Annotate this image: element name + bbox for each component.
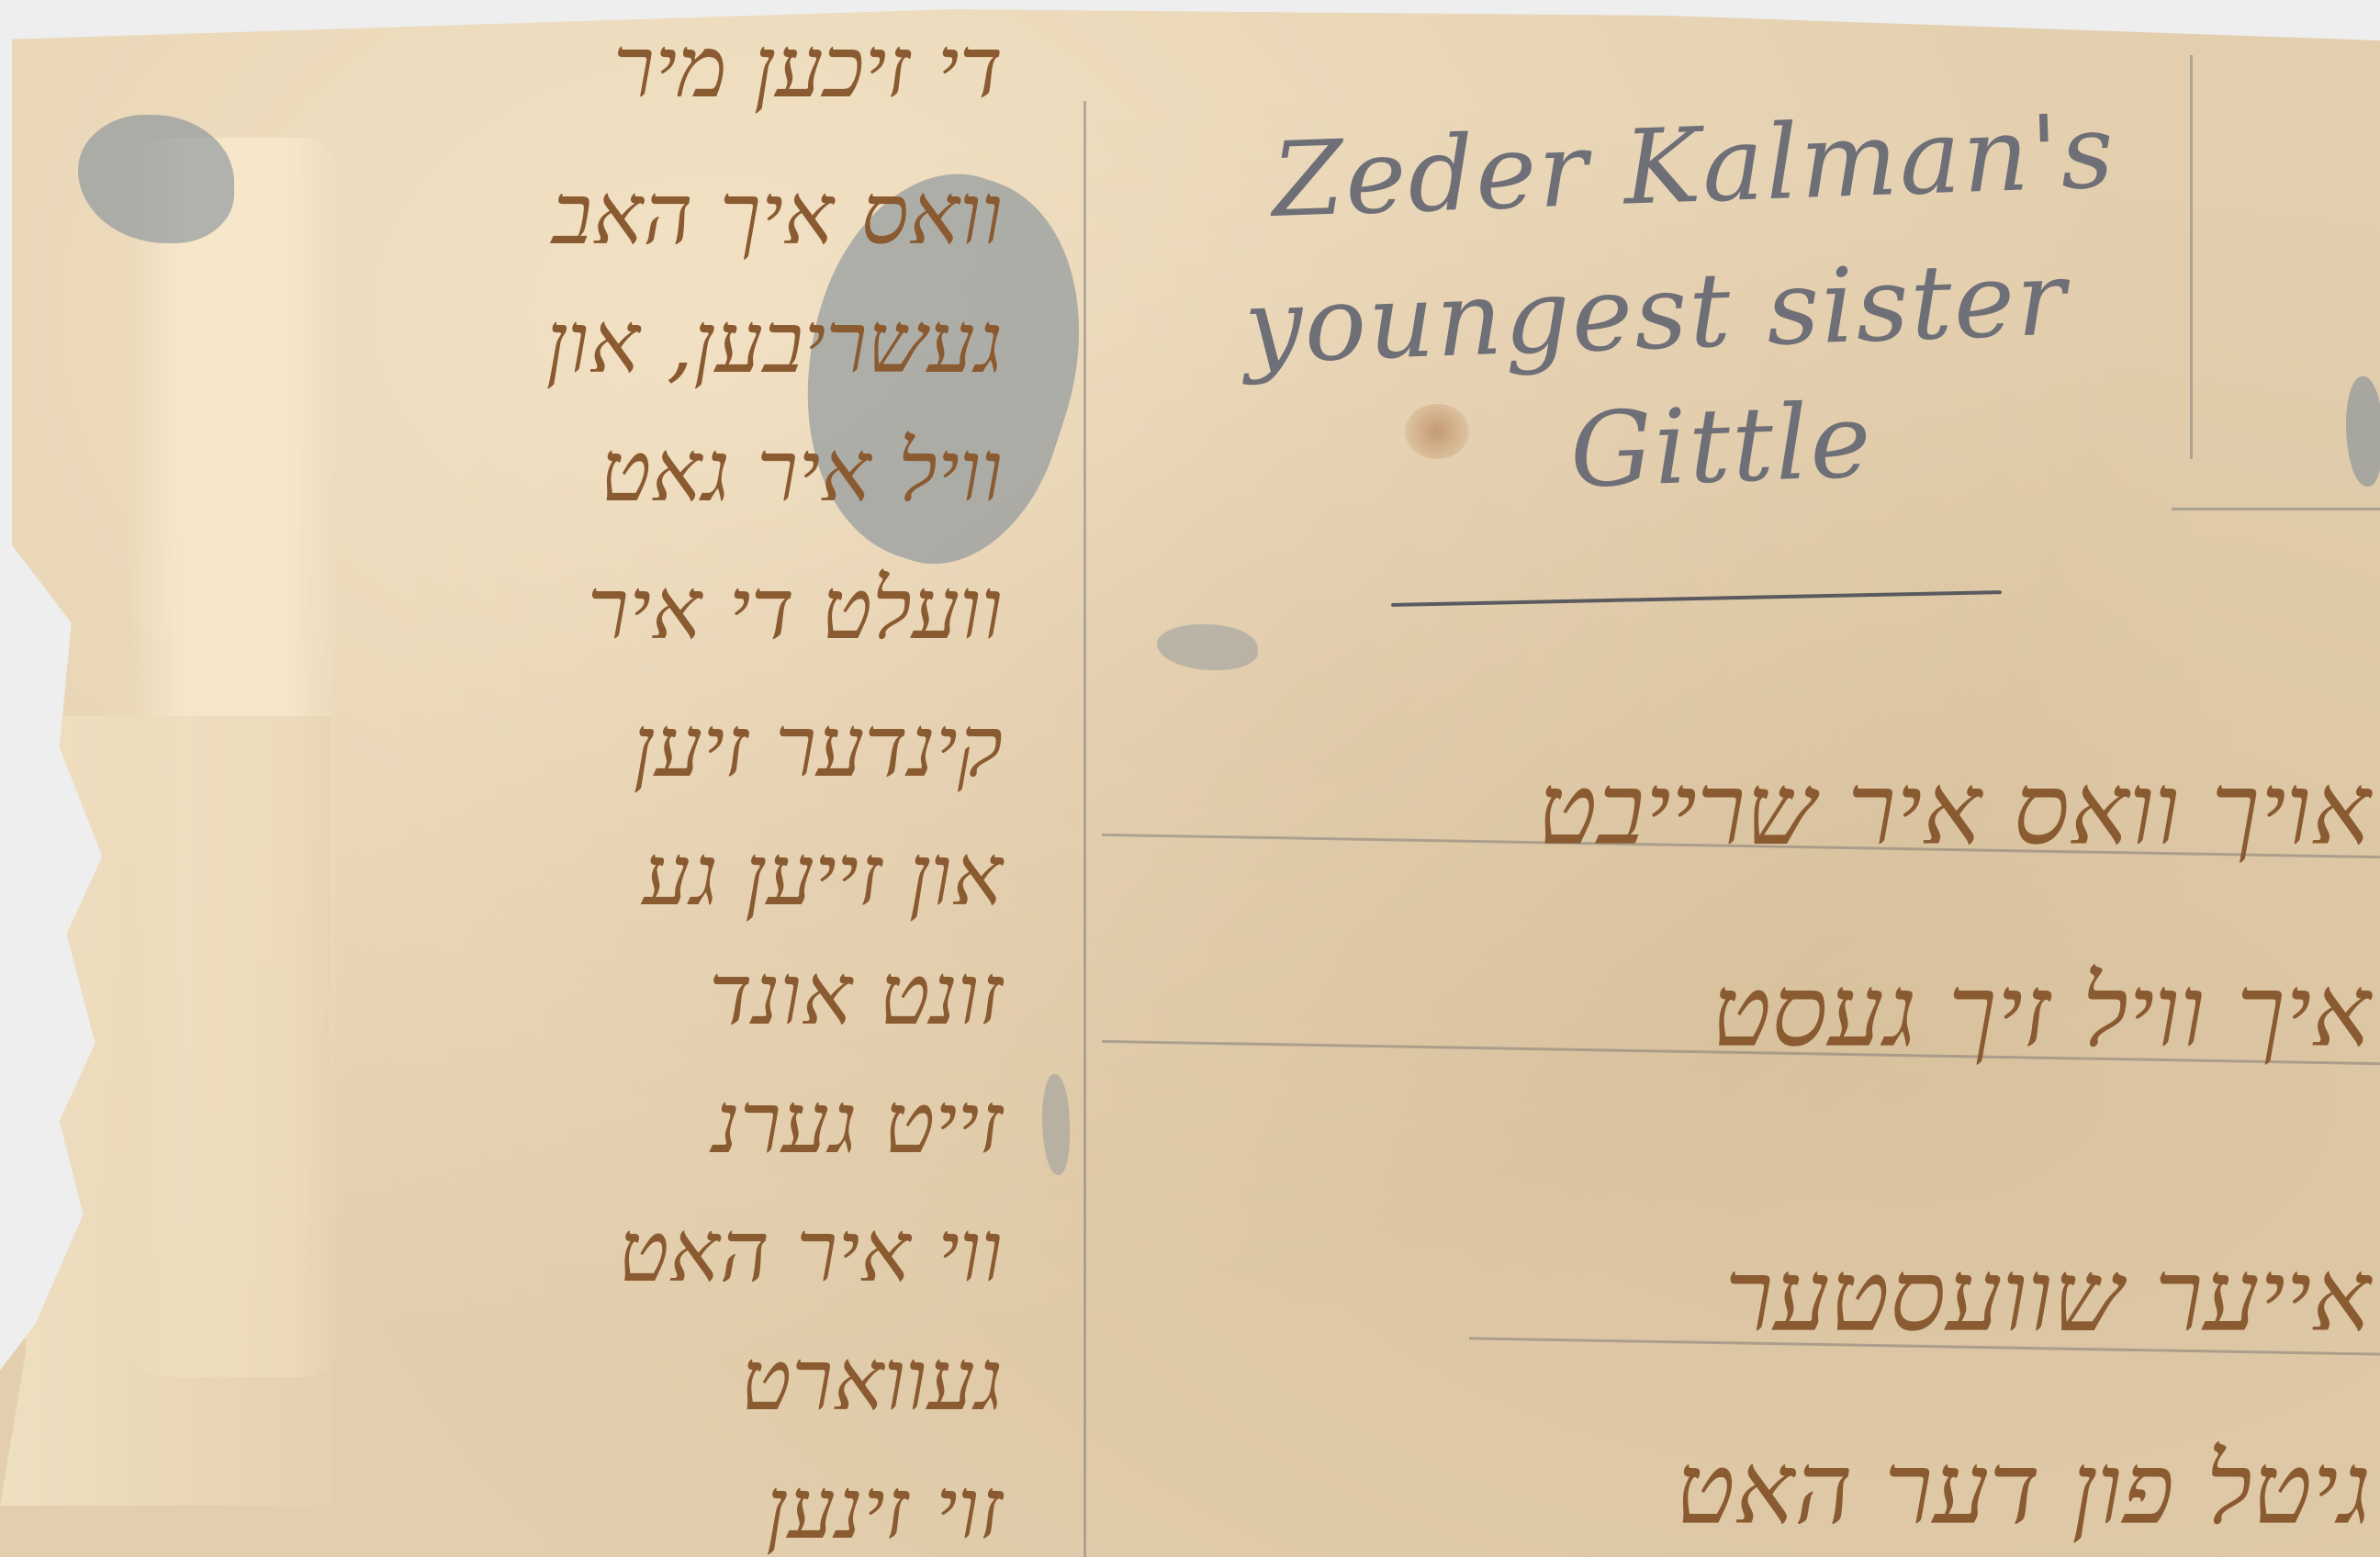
pencil-underline <box>1391 590 2002 607</box>
left-line-2: וואס איך האב <box>552 165 1003 263</box>
ink-blot-right-edge <box>2346 376 2380 487</box>
pencil-annotation-line-1: Zeder Kalman's <box>1270 100 2116 232</box>
left-line-8: זונט אונד <box>709 946 1003 1044</box>
left-line-12: זוי זינען <box>766 1460 1003 1557</box>
left-line-11: געווארט <box>741 1331 1003 1429</box>
right-line-2: איך וויל זיך געסט <box>1712 955 2371 1070</box>
ink-blot-small <box>1157 624 1258 670</box>
left-line-3: געשריבען, און <box>546 294 1003 392</box>
stamp-box-bottom <box>2172 508 2380 510</box>
ink-blot-top-left <box>78 115 234 243</box>
rust-spot <box>1405 404 1469 459</box>
pencil-annotation-line-2: youngest sister <box>1242 247 2069 378</box>
left-line-4: וויל איר גאט <box>601 422 1003 521</box>
left-line-10: ווי איר האט <box>618 1203 1003 1301</box>
pencil-annotation-line-3: Gittle <box>1568 389 1874 502</box>
left-line-7: און זייען גע <box>642 826 1003 924</box>
left-line-6: קינדער זיען <box>633 698 1003 796</box>
postcard: Zeder Kalman's youngest sister Gittle די… <box>0 0 2380 1557</box>
right-line-3: אייער שוועסטער <box>1724 1239 2371 1355</box>
left-line-5: וועלט די איר <box>588 560 1003 658</box>
ink-blot-divider <box>1042 1074 1070 1175</box>
right-line-4: גיטל פון דער האט <box>1675 1432 2371 1548</box>
divider-line <box>1083 101 1086 1557</box>
torn-edge <box>0 716 331 1506</box>
stamp-box-line <box>2190 55 2193 459</box>
left-line-1: די זיכען מיר <box>613 18 1003 117</box>
right-line-1: אויך וואס איר שרייבט <box>1537 753 2371 868</box>
left-line-9: זייט גערנ <box>713 1074 1003 1172</box>
